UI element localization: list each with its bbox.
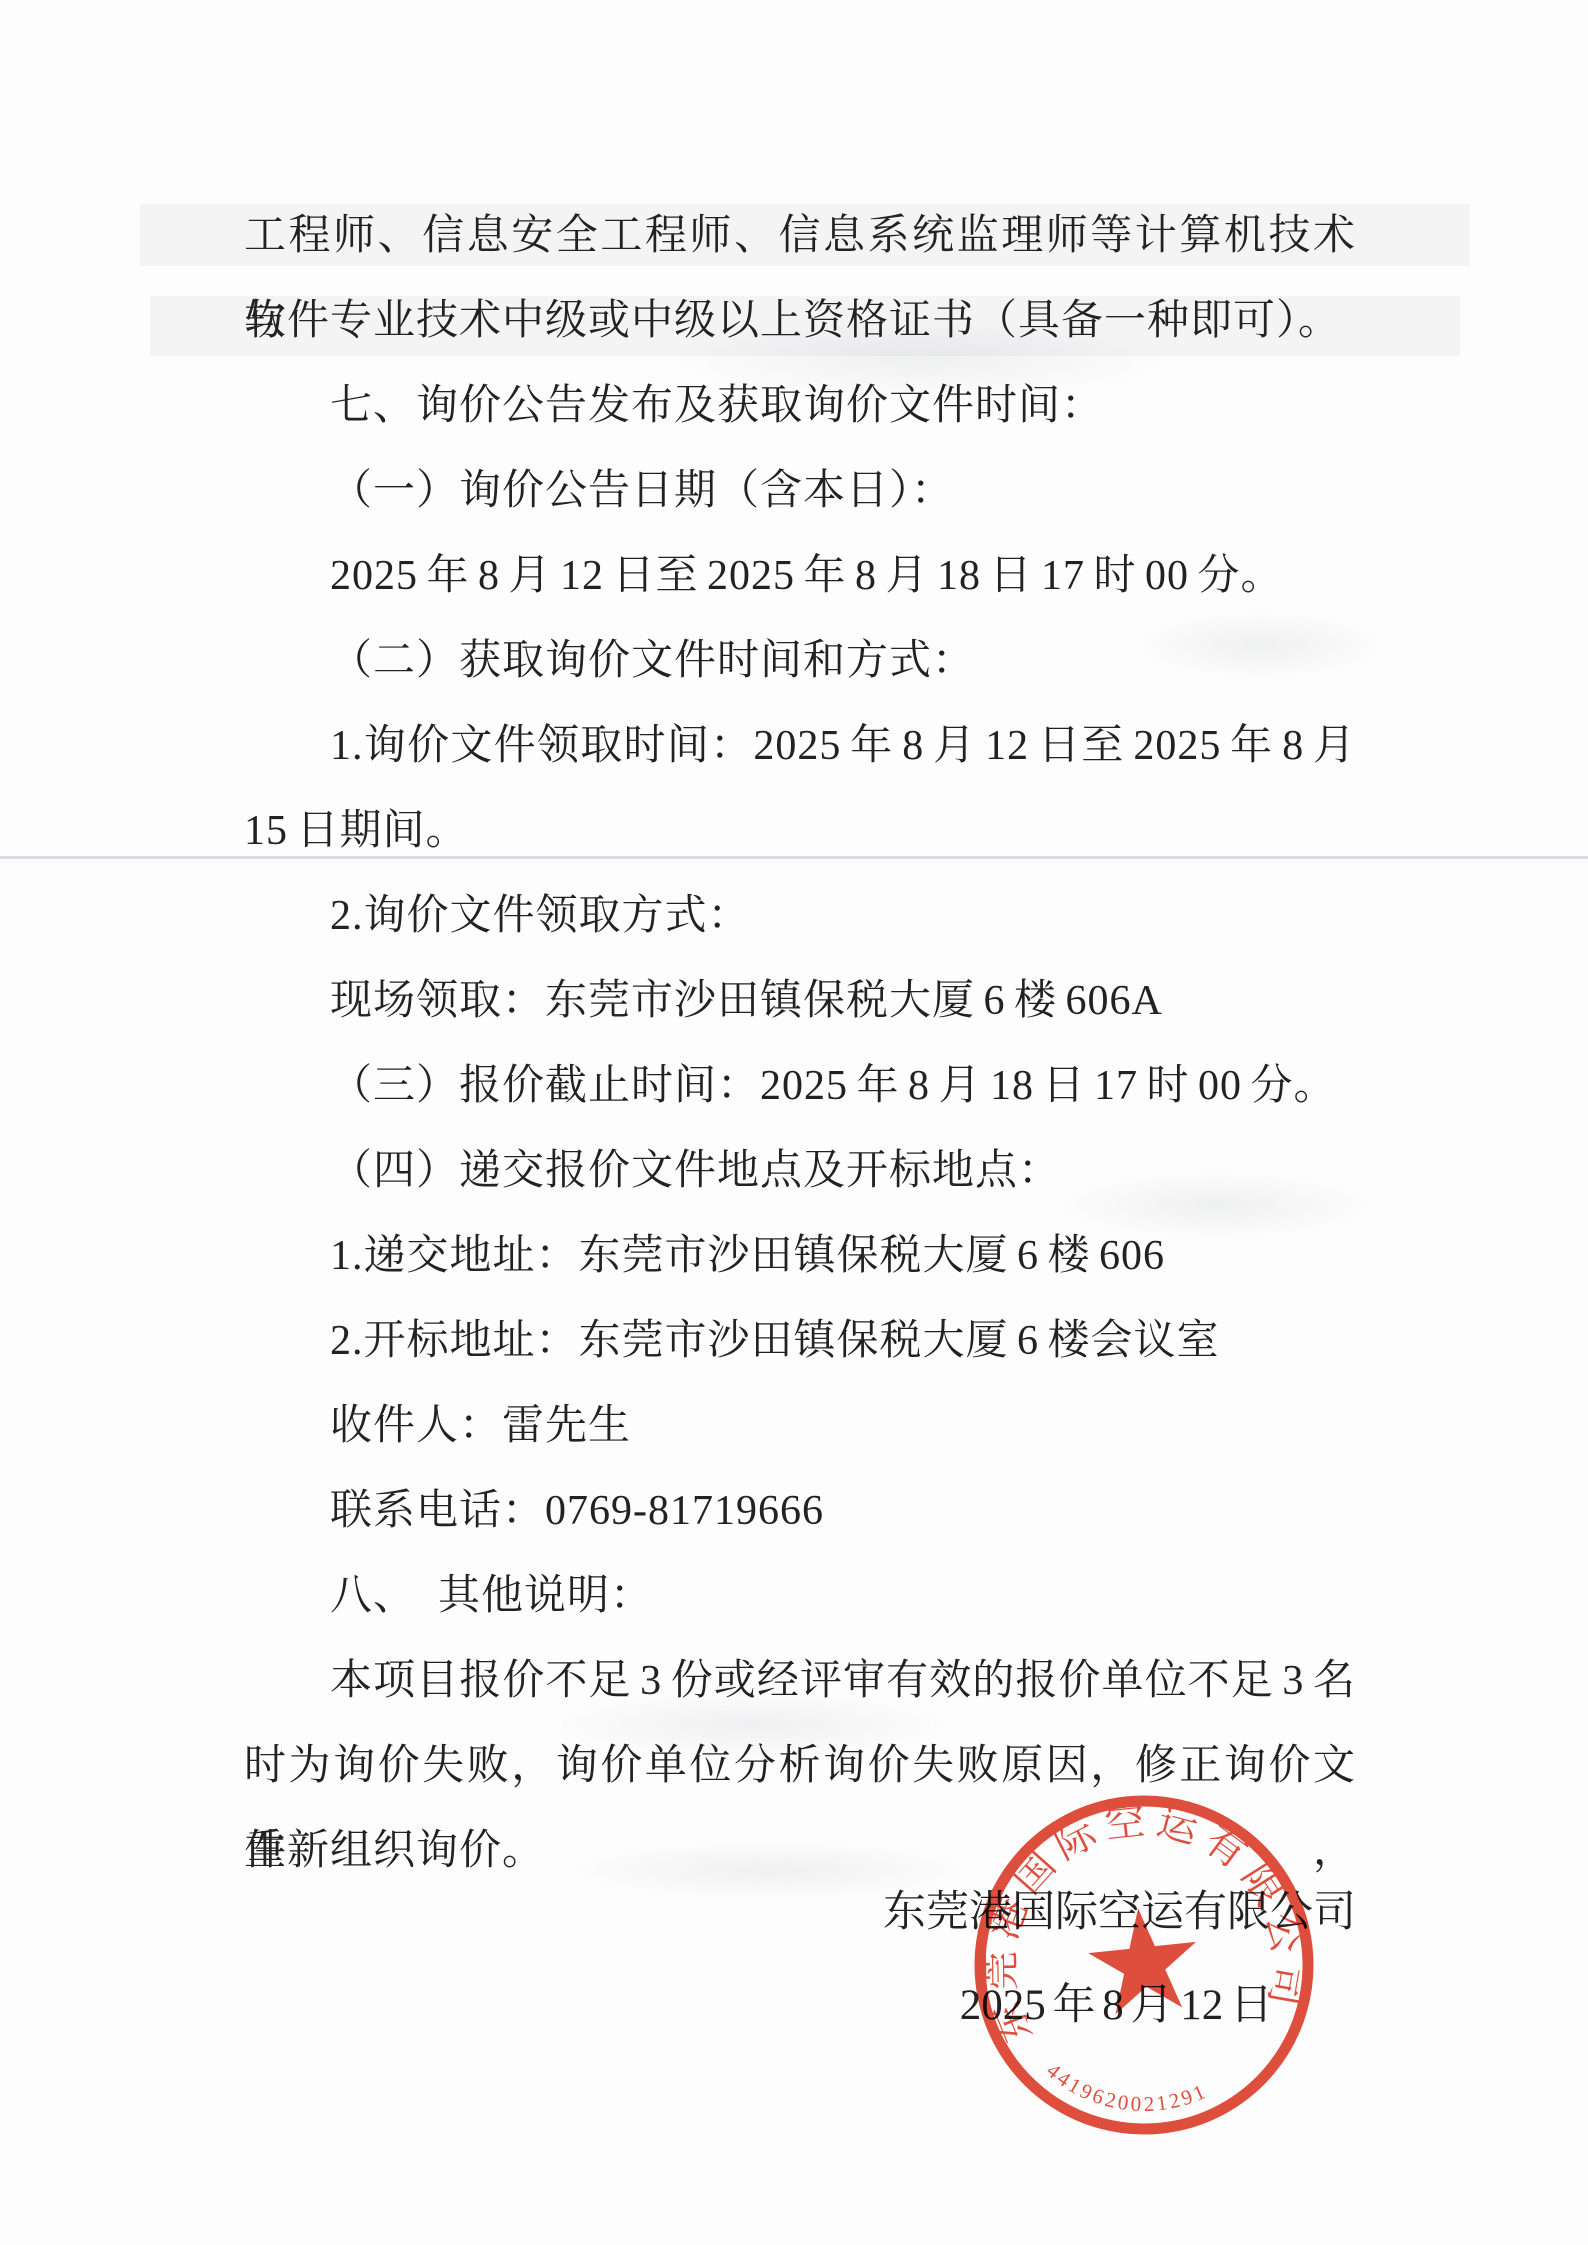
doc-line: 1.递交地址：东莞市沙田镇保税大厦 6 楼 606 xyxy=(244,1214,1356,1299)
doc-line: 联系电话：0769-81719666 xyxy=(244,1469,1356,1554)
doc-line section-heading: 七、询价公告发布及获取询价文件时间： xyxy=(244,364,1356,449)
doc-line: 本项目报价不足 3 份或经评审有效的报价单位不足 3 名 xyxy=(244,1639,1356,1724)
doc-line: （三）报价截止时间：2025 年 8 月 18 日 17 时 00 分。 xyxy=(244,1044,1356,1129)
doc-line: （二）获取询价文件时间和方式： xyxy=(244,619,1356,704)
doc-line section-heading: 八、 其他说明： xyxy=(244,1554,1356,1639)
document-page: 工程师、信息安全工程师、信息系统监理师等计算机技术与 软件专业技术中级或中级以上… xyxy=(0,0,1588,2245)
doc-line: 2.开标地址：东莞市沙田镇保税大厦 6 楼会议室 xyxy=(244,1299,1356,1384)
doc-line: 现场领取：东莞市沙田镇保税大厦 6 楼 606A xyxy=(244,959,1356,1044)
company-seal-stamp: 东莞港国际空运有限公司 4419620021291 xyxy=(954,1775,1334,2155)
seal-star-icon xyxy=(1084,1903,1203,2017)
doc-line: 15 日期间。 xyxy=(244,789,1356,874)
doc-line: （一）询价公告日期（含本日）： xyxy=(244,449,1356,534)
doc-line: 2.询价文件领取方式： xyxy=(244,874,1356,959)
document-body: 工程师、信息安全工程师、信息系统监理师等计算机技术与 软件专业技术中级或中级以上… xyxy=(244,194,1356,1894)
doc-line: （四）递交报价文件地点及开标地点： xyxy=(244,1129,1356,1214)
doc-line: 软件专业技术中级或中级以上资格证书（具备一种即可）。 xyxy=(244,279,1356,364)
doc-line: 2025 年 8 月 12 日至 2025 年 8 月 18 日 17 时 00… xyxy=(244,534,1356,619)
doc-line: 1.询价文件领取时间：2025 年 8 月 12 日至 2025 年 8 月 xyxy=(244,704,1356,789)
doc-line: 工程师、信息安全工程师、信息系统监理师等计算机技术与 xyxy=(244,194,1356,279)
doc-line: 收件人：雷先生 xyxy=(244,1384,1356,1469)
